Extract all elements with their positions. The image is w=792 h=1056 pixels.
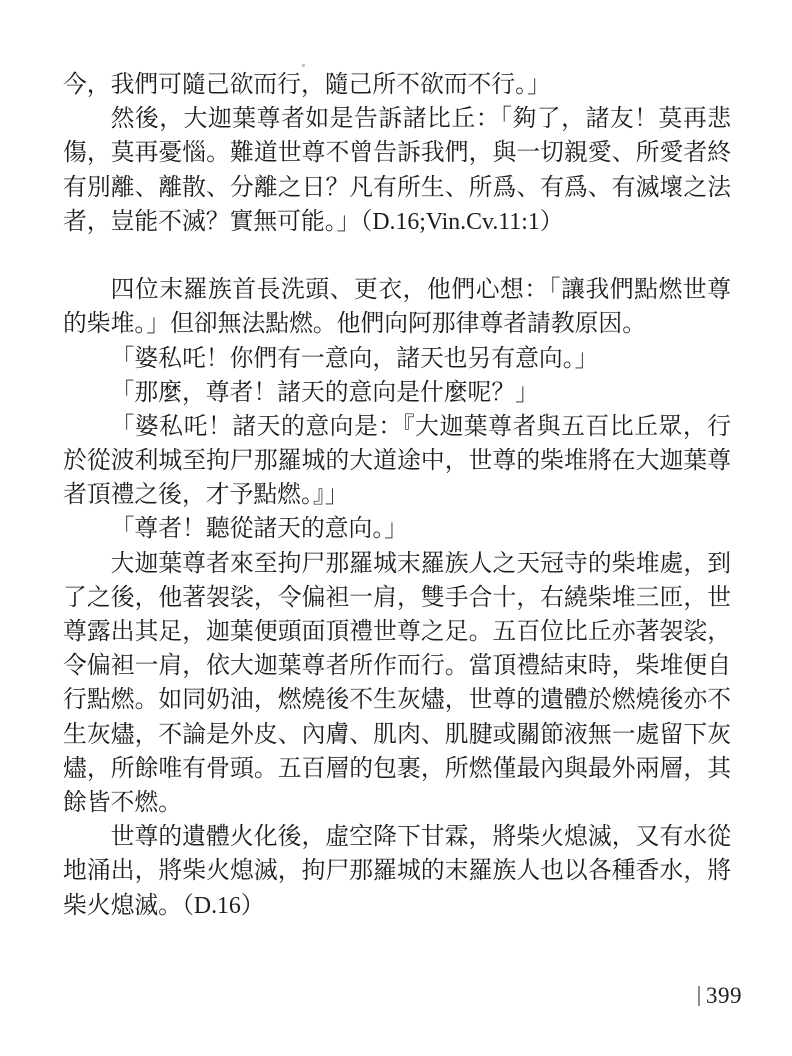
text-line: 尊露出其足，迦葉便頭面頂禮世尊之足。五百位比丘亦著袈裟， [63, 615, 731, 649]
text-line: 地涌出，將柴火熄滅，拘尸那羅城的末羅族人也以各種香水，將 [63, 854, 731, 888]
text-line: 今，我們可隨己欲而行，隨己所不欲而不行。」 [63, 68, 731, 102]
text-line: 者頂禮之後，才予點燃。』」 [63, 478, 731, 512]
page-footer: 399 [698, 984, 742, 1008]
text-line: 四位末羅族首長洗頭、更衣，他們心想：「讓我們點燃世尊 [63, 273, 731, 307]
page-number: 399 [706, 984, 742, 1008]
text-line: 行點燃。如同奶油，燃燒後不生灰燼，世尊的遺體於燃燒後亦不 [63, 683, 731, 717]
text-line: 「婆私吒！諸天的意向是：『大迦葉尊者與五百比丘眾，行 [63, 410, 731, 444]
text-line: 大迦葉尊者來至拘尸那羅城末羅族人之天冠寺的柴堆處，到 [63, 547, 731, 581]
page-number-rule [698, 986, 700, 1006]
scan-speck [302, 64, 305, 67]
text-line: 「那麼，尊者！諸天的意向是什麼呢？」 [63, 376, 731, 410]
text-line: 餘皆不燃。 [63, 786, 731, 820]
page-body-text: 今，我們可隨己欲而行，隨己所不欲而不行。」 然後，大迦葉尊者如是告訴諸比丘：「夠… [63, 68, 731, 923]
text-line: 者，豈能不滅？實無可能。」（D.16;Vin.Cv.11:1） [63, 205, 731, 239]
text-line: 「婆私吒！你們有一意向，諸天也另有意向。」 [63, 342, 731, 376]
text-line: 於從波利城至拘尸那羅城的大道途中，世尊的柴堆將在大迦葉尊 [63, 444, 731, 478]
text-line: 傷，莫再憂惱。難道世尊不曾告訴我們，與一切親愛、所愛者終 [63, 136, 731, 170]
text-line: 有別離、離散、分離之日？凡有所生、所爲、有爲、有滅壞之法 [63, 171, 731, 205]
text-line: 柴火熄滅。（D.16） [63, 889, 731, 923]
text-line: 世尊的遺體火化後，虛空降下甘霖，將柴火熄滅，又有水從 [63, 820, 731, 854]
text-line: 然後，大迦葉尊者如是告訴諸比丘：「夠了，諸友！莫再悲 [63, 102, 731, 136]
text-line: 令偏袒一肩，依大迦葉尊者所作而行。當頂禮結束時，柴堆便自 [63, 649, 731, 683]
text-line: 的柴堆。」但卻無法點燃。他們向阿那律尊者請教原因。 [63, 307, 731, 341]
book-page: 今，我們可隨己欲而行，隨己所不欲而不行。」 然後，大迦葉尊者如是告訴諸比丘：「夠… [0, 0, 792, 1056]
text-line: 燼，所餘唯有骨頭。五百層的包裹，所燃僅最內與最外兩層，其 [63, 752, 731, 786]
text-line: 了之後，他著袈裟，令偏袒一肩，雙手合十，右繞柴堆三匝，世 [63, 581, 731, 615]
text-line: 「尊者！聽從諸天的意向。」 [63, 512, 731, 546]
text-line: 生灰燼，不論是外皮、內膚、肌肉、肌腱或關節液無一處留下灰 [63, 718, 731, 752]
